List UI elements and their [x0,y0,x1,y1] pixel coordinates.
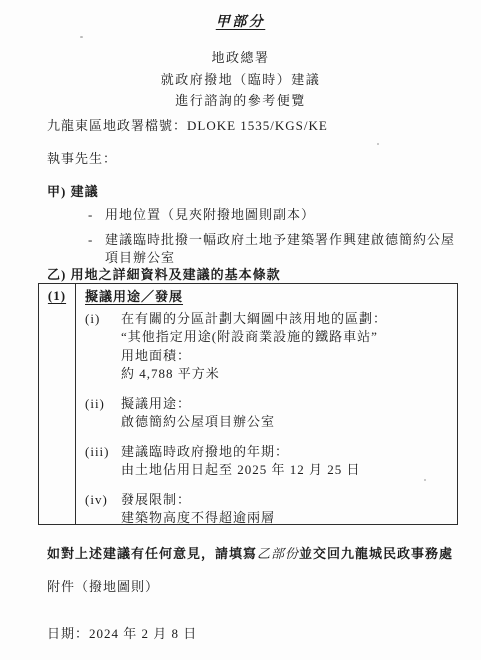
attachment-note: 附件（撥地圖則） [47,576,159,595]
item-line: 在有關的分區計劃大綱圖中該用地的區劃： [121,310,451,329]
item-line: 啟德簡約公屋項目辦公室 [121,413,451,432]
bullet-dash: - [88,206,105,225]
section-a-proposal: 甲) 建議 - 用地位置（見夾附撥地圖則副本） - 建議臨時批撥一幅政府土地予建… [47,181,463,268]
part-title: 甲部分 [0,11,481,31]
item-number: (ii) [85,395,121,432]
scan-speck [424,479,426,481]
item-line: 發展限制： [121,491,451,510]
item-lines: 建議臨時政府撥地的年期： 由土地佔用日起至 2025 年 12 月 25 日 [121,443,451,480]
item-number: (i) [85,310,121,384]
list-item: - 建議臨時批撥一幅政府土地予建築署作興建啟德簡約公屋項目辦公室 [47,231,463,268]
bullet-text-site-location: 用地位置（見夾附撥地圖則副本） [105,206,463,225]
table-row-body-cell: 擬議用途／發展 (i) 在有關的分區計劃大綱圖中該用地的區劃： “其他指定用途(… [76,284,457,524]
item-lines: 在有關的分區計劃大綱圖中該用地的區劃： “其他指定用途(附設商業設施的鐵路車站”… [121,310,451,384]
item-line: 建議臨時政府撥地的年期： [121,443,451,462]
item-line: 用地面積： [121,347,451,366]
heading-block: 地政總署 就政府撥地（臨時）建議 進行諮詢的參考便覽 [0,47,481,112]
item-line: 建築物高度不得超逾兩層 [121,509,451,528]
section-a-title: 甲) 建議 [47,181,463,200]
list-item: - 用地位置（見夾附撥地圖則副本） [47,206,463,225]
table-row-number: (1) [48,288,66,303]
table-item-tenure: (iii) 建議臨時政府撥地的年期： 由土地佔用日起至 2025 年 12 月 … [85,443,451,480]
table-row-number-cell: (1) [39,284,76,524]
section-b-title: 乙) 用地之詳細資料及建議的基本條款 [47,264,281,283]
heading-line-subject: 就政府撥地（臨時）建議 [0,69,481,91]
table-item-proposed-use: (ii) 擬議用途： 啟德簡約公屋項目辦公室 [85,395,451,432]
closing-instruction: 如對上述建議有任何意見，請填寫乙部份並交回九龍城民政事務處 [47,543,453,562]
scan-speck [80,36,83,38]
terms-table: (1) 擬議用途／發展 (i) 在有關的分區計劃大綱圖中該用地的區劃： “其他指… [38,283,458,525]
file-reference: 九龍東區地政署檔號：DLOKE 1535/KGS/KE [47,115,328,134]
table-item-zoning: (i) 在有關的分區計劃大綱圖中該用地的區劃： “其他指定用途(附設商業設施的鐵… [85,310,451,384]
item-line: “其他指定用途(附設商業設施的鐵路車站” [121,328,451,347]
table-row-title: 擬議用途／發展 [85,288,451,307]
heading-line-department: 地政總署 [0,47,481,69]
closing-part-b-reference: 乙部份 [257,546,299,561]
date-line: 日期：2024 年 2 月 8 日 [47,623,197,642]
item-line: 由土地佔用日起至 2025 年 12 月 25 日 [121,461,451,480]
closing-prefix: 如對上述建議有任何意見，請填寫 [47,546,257,561]
item-number: (iii) [85,443,121,480]
salutation: 執事先生： [47,148,117,167]
table-item-development-restriction: (iv) 發展限制： 建築物高度不得超逾兩層 [85,491,451,528]
closing-suffix: 並交回九龍城民政事務處 [299,546,453,561]
item-line: 約 4,788 平方米 [121,365,451,384]
item-lines: 擬議用途： 啟德簡約公屋項目辦公室 [121,395,451,432]
bullet-dash: - [88,231,105,268]
heading-line-purpose: 進行諮詢的參考便覽 [0,90,481,112]
scan-speck [377,143,379,145]
document-page: 甲部分 地政總署 就政府撥地（臨時）建議 進行諮詢的參考便覽 九龍東區地政署檔號… [0,0,481,660]
item-number: (iv) [85,491,121,528]
item-lines: 發展限制： 建築物高度不得超逾兩層 [121,491,451,528]
bullet-text-allocation-proposal: 建議臨時批撥一幅政府土地予建築署作興建啟德簡約公屋項目辦公室 [105,231,463,268]
item-line: 擬議用途： [121,395,451,414]
